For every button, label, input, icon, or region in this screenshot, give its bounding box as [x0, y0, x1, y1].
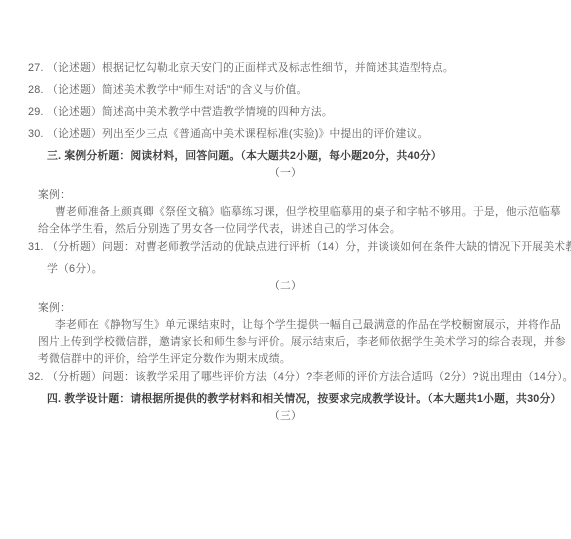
case-paragraph-line: 考微信群中的评价，给学生评定分数作为期末成绩。 — [38, 351, 571, 368]
section-heading-case-analysis: 三. 案例分析题：阅读材料，回答问题。（本大题共2小题，每小题20分，共40分） — [47, 148, 571, 165]
section-heading-teaching-design: 四. 教学设计题：请根据所提供的教学材料和相关情况，按要求完成教学设计。（本大题… — [47, 391, 571, 408]
case-label: 案例： — [38, 300, 571, 317]
case-paragraph-line: 图片上传到学校微信群，邀请家长和师生参与评价。展示结束后，李老师依据学生美术学习… — [38, 334, 571, 351]
question-item-29: 29. （论述题）简述高中美术教学中营造教学情境的四种方法。 — [28, 104, 571, 121]
question-text: （论述题）根据记忆勾勒北京天安门的正面样式及标志性细节，并简述其造型特点。 — [47, 60, 454, 77]
question-text: （论述题）简述高中美术教学中营造教学情境的四种方法。 — [47, 104, 333, 121]
question-text: （论述题）简述美术教学中“师生对话”的含义与价值。 — [47, 82, 308, 99]
question-number: 31. — [28, 239, 47, 256]
case-part-marker-3: （三） — [0, 408, 571, 425]
question-text: （分析题）问题：对曹老师教学活动的优缺点进行评析（14）分，并谈谈如何在条件大缺… — [47, 239, 571, 256]
question-item-31: 31. （分析题）问题：对曹老师教学活动的优缺点进行评析（14）分，并谈谈如何在… — [28, 239, 571, 256]
case-part-marker-2: （二） — [0, 278, 571, 295]
question-text: （论述题）列出至少三点《普通高中美术课程标准(实验)》中提出的评价建议。 — [47, 126, 428, 143]
case-part-marker-1: （一） — [0, 165, 571, 182]
case-paragraph-line: 李老师在《静物写生》单元课结束时，让每个学生提供一幅自己最满意的作品在学校橱窗展… — [38, 317, 571, 334]
question-number: 29. — [28, 104, 47, 121]
question-number: 28. — [28, 82, 47, 99]
case-paragraph-line: 给全体学生看，然后分别选了男女各一位同学代表，讲述自己的学习体会。 — [38, 221, 571, 238]
question-item-27: 27. （论述题）根据记忆勾勒北京天安门的正面样式及标志性细节，并简述其造型特点… — [28, 60, 571, 77]
question-number: 30. — [28, 126, 47, 143]
question-number: 32. — [28, 369, 47, 386]
question-item-30: 30. （论述题）列出至少三点《普通高中美术课程标准(实验)》中提出的评价建议。 — [28, 126, 571, 143]
case-paragraph-line: 曹老师准备上颜真卿《祭侄文稿》临摹练习课，但学校里临摹用的桌子和字帖不够用。于是… — [38, 204, 571, 221]
exam-paper-page: 27. （论述题）根据记忆勾勒北京天安门的正面样式及标志性细节，并简述其造型特点… — [0, 0, 571, 539]
question-item-28: 28. （论述题）简述美术教学中“师生对话”的含义与价值。 — [28, 82, 571, 99]
question-31-continuation: 学（6分）。 — [47, 261, 571, 278]
question-number: 27. — [28, 60, 47, 77]
question-text: （分析题）问题：该教学采用了哪些评价方法（4分）?李老师的评价方法合适吗（2分）… — [47, 369, 571, 386]
case-label: 案例： — [38, 187, 571, 204]
question-item-32: 32. （分析题）问题：该教学采用了哪些评价方法（4分）?李老师的评价方法合适吗… — [28, 369, 571, 386]
